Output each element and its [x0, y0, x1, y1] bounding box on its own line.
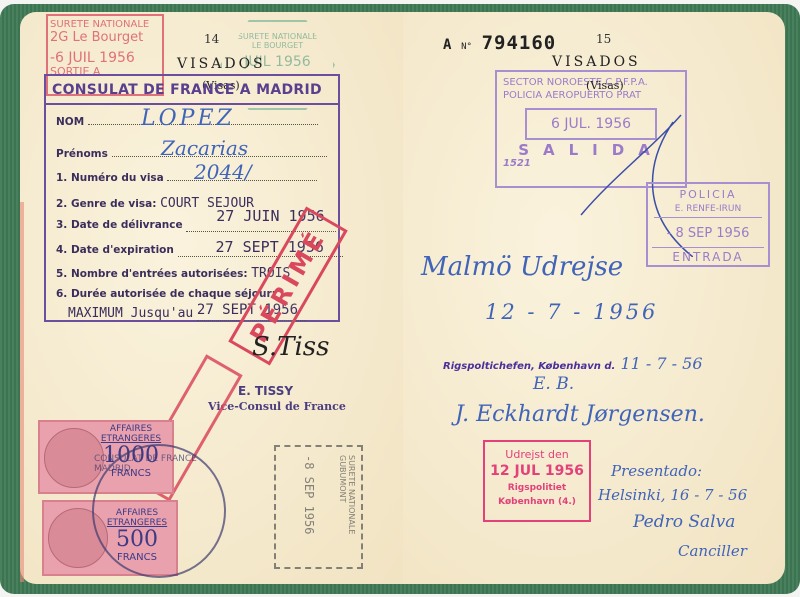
serial-value: 794160	[482, 32, 557, 54]
udrejst-date: 12 JUL 1956	[485, 463, 589, 480]
consul-signature: S.Tiss	[252, 332, 330, 362]
right-page: A N° 794160 15 VISADOS SECTOR NOROESTE C…	[403, 12, 785, 584]
page-heading: VISADOS	[552, 54, 641, 70]
rigspoliti-date: 11 - 7 - 56	[620, 354, 702, 373]
rigspoliti-text: Rigspoltichefen, København d.	[443, 361, 615, 372]
prenoms-label: Prénoms	[56, 148, 108, 160]
field-duration: 6. Durée autorisée de chaque séjour:	[56, 288, 276, 300]
handwritten-udrejse: Malmö Udrejse	[421, 252, 623, 282]
round-stamp-text: CONSULAT DE FRANCE MADRID	[94, 454, 224, 474]
entrada-stamp: POLICIA E. RENFE-IRUN - 8 SEP 1956 ENTRA…	[646, 182, 770, 267]
gaumont-stamp: -8 SEP 1956 SURETE NATIONALE GUBUMONT	[274, 445, 363, 569]
field-label: 4. Date d'expiration	[56, 244, 174, 256]
entrada-date: - 8 SEP 1956	[648, 226, 768, 241]
page-number: 15	[596, 32, 611, 46]
field-entries: 5. Nombre d'entrées autorisées: TROIS	[56, 266, 290, 281]
consulate-round-stamp: CONSULAT DE FRANCE MADRID	[92, 444, 226, 578]
officer-signature: J. Eckhardt Jørgensen.	[455, 402, 705, 427]
udrejst-stamp: Udrejst den 12 JUL 1956 Rigspolitiet Køb…	[483, 440, 591, 522]
stamp-line: POLICIA	[648, 187, 768, 202]
handwritten-eb: E. B.	[533, 374, 574, 394]
stamp-line: GUBUMONT	[338, 455, 347, 534]
field-visa-number: 1. Numéro du visa	[56, 172, 317, 184]
visa-number-value: 2044/	[194, 160, 252, 184]
handwritten-helsinki: Helsinki, 16 - 7 - 56	[598, 486, 747, 504]
stamp-line: 2G Le Bourget	[50, 31, 160, 44]
field-label: 5. Nombre d'entrées autorisées:	[56, 268, 248, 280]
rigspoliti-line: Rigspoltichefen, København d. 11 - 7 - 5…	[443, 354, 703, 373]
entrada-direction: ENTRADA	[652, 247, 764, 265]
prenoms-value: Zacarias	[161, 136, 248, 160]
duration-label: MAXIMUM Jusqu'au	[68, 306, 193, 321]
stamp-line: Udrejst den	[485, 446, 589, 463]
stamp-text: AFFAIRES	[96, 424, 166, 434]
stamp-line: Rigspolitiet	[485, 480, 589, 497]
stamp-line: LE BOURGET	[222, 41, 333, 50]
nom-label: NOM	[56, 116, 84, 128]
field-label: 2. Genre de visa:	[56, 198, 156, 210]
stamp-date: -6 JUIL 1956	[50, 52, 160, 65]
page-subheading: (Visas)	[586, 79, 624, 92]
divider	[46, 103, 338, 105]
chancellor-signature: Pedro Salva	[633, 512, 735, 532]
nom-value: LOPEZ	[141, 106, 235, 131]
field-label: 6. Durée autorisée de chaque séjour:	[56, 288, 276, 300]
left-page: SURETE NATIONALE 2G Le Bourget -6 JUIL 1…	[20, 12, 403, 584]
stamp-line: SURETE NATIONALE	[347, 455, 356, 534]
serial-number: A N° 794160	[443, 32, 556, 54]
page-edge	[20, 202, 24, 582]
serial-label: N°	[461, 42, 472, 52]
gaumont-text: SURETE NATIONALE GUBUMONT	[338, 455, 356, 534]
consul-name: E. TISSY	[238, 384, 293, 398]
gaumont-date: -8 SEP 1956	[302, 455, 316, 534]
serial-prefix: A	[443, 37, 451, 53]
handwritten-presentado: Presentado:	[611, 462, 702, 480]
field-label: 1. Numéro du visa	[56, 172, 164, 184]
consulate-name: CONSULAT DE FRANCE A MADRID	[52, 82, 322, 98]
stamp-line: København (4.)	[485, 497, 589, 507]
consul-title: Vice-Consul de France	[208, 400, 346, 413]
page-heading: VISADOS	[177, 56, 266, 72]
stamp-line: E. RENFE-IRUN	[654, 202, 762, 218]
field-label: 3. Date de délivrance	[56, 219, 183, 231]
handwritten-canciller: Canciller	[678, 542, 747, 560]
page-number: 14	[204, 32, 219, 46]
stamp-line: SURETE NATIONALE	[222, 32, 333, 41]
handwritten-date: 12 - 7 - 1956	[485, 300, 658, 324]
